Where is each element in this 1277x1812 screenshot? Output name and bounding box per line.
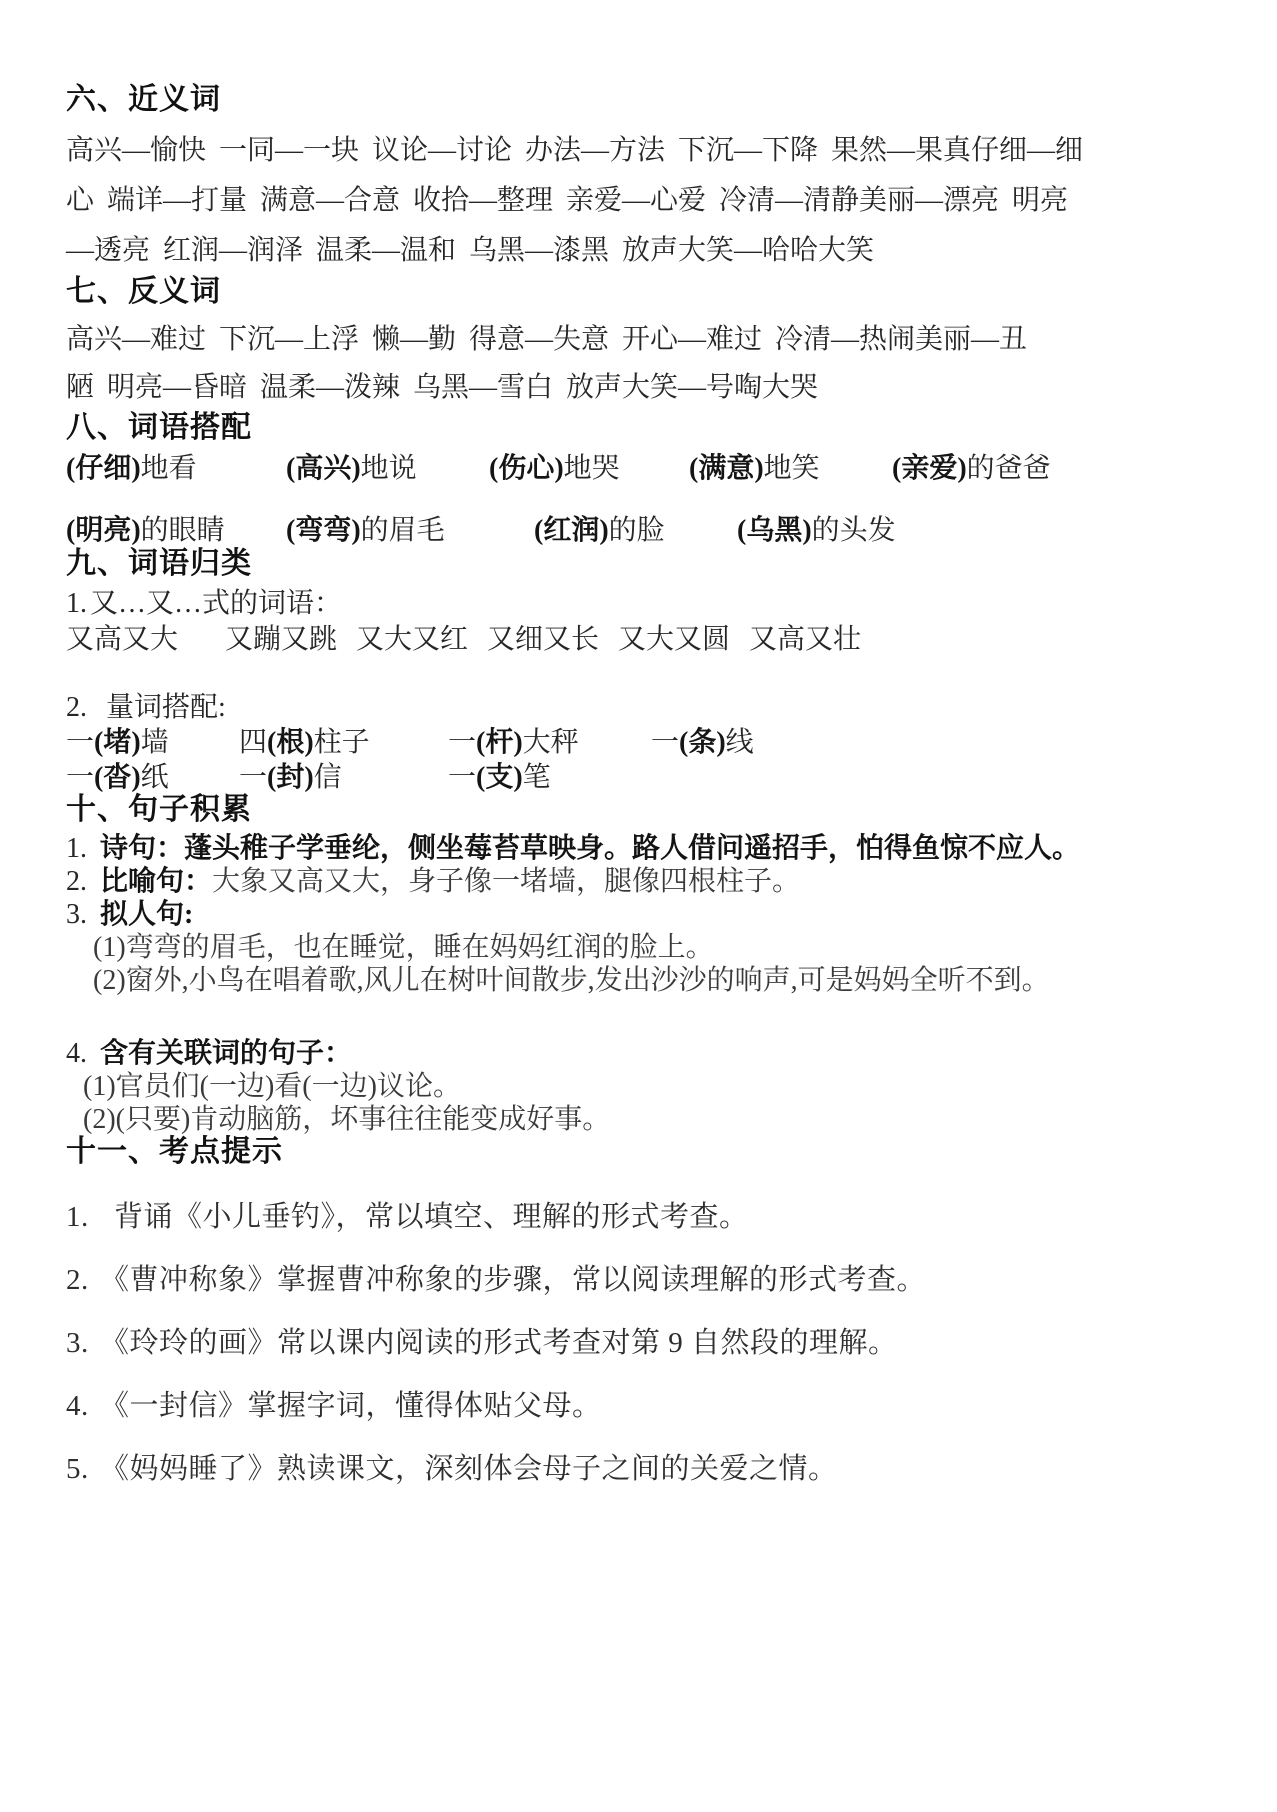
collocation-tail: 的头发 <box>812 515 896 546</box>
collocation-tail: 的爸爸 <box>967 453 1051 484</box>
quantifier-tail: 线 <box>726 727 754 758</box>
quantifier-word: (沓) <box>94 762 141 793</box>
categorize-sub1-words: 又高又大 又蹦又跳 又大又红 又细又长 又大又圆 又高又壮 <box>66 623 1227 656</box>
collocation-word: (满意) <box>689 453 764 484</box>
quantifier-tail: 柱子 <box>314 727 370 758</box>
quantifier-row: 一(堵)墙 四(根)柱子 一(杆)大秤 一(条)线 <box>66 726 1227 759</box>
exam-item-number: 4. <box>66 1389 100 1423</box>
sentence-item: 1. 诗句： 蓬头稚子学垂纶，侧坐莓苔草映身。路人借问遥招手，怕得鱼惊不应人。 <box>66 832 1227 865</box>
quantifier-tail: 大秤 <box>523 727 579 758</box>
quantifier-word: (条) <box>679 727 726 758</box>
item-number: 2. <box>66 692 106 724</box>
collocation-pair: (满意)地笑 <box>689 452 885 486</box>
exam-item: 3. 《玲玲的画》常以课内阅读的形式考查对第 9 自然段的理解。 <box>66 1326 1227 1360</box>
item-number: 2. <box>66 865 100 898</box>
exam-list: 1. 背诵《小儿垂钓》，常以填空、理解的形式考查。 2. 《曹冲称象》掌握曹冲称… <box>66 1200 1227 1486</box>
collocation-pair: (伤心)地哭 <box>489 452 682 486</box>
collocation-pair: (高兴)地说 <box>286 452 482 486</box>
quantifier-pair: 一(支)笔 <box>448 761 551 794</box>
section-title-sentences: 十、句子积累 <box>66 794 1227 826</box>
sub-sentence: (2)(只要)肯动脑筋，坏事往往能变成好事。 <box>66 1103 1227 1136</box>
item-number: 4. <box>66 1037 100 1070</box>
quantifier-word: (堵) <box>94 727 141 758</box>
section-title-categorize: 九、词语归类 <box>66 548 1227 580</box>
exam-item: 5. 《妈妈睡了》熟读课文，深刻体会母子之间的关爱之情。 <box>66 1452 1227 1486</box>
quantifier-pair: 一(条)线 <box>651 726 754 759</box>
exam-item-text: 《曹冲称象》掌握曹冲称象的步骤，常以阅读理解的形式考查。 <box>100 1263 926 1297</box>
quantifier-pre: 一 <box>66 762 94 793</box>
collocation-row: (明亮)的眼睛 (弯弯)的眉毛 (红润)的脸 (乌黑)的头发 <box>66 514 1227 548</box>
section-title-antonyms: 七、反义词 <box>66 276 1227 308</box>
collocation-tail: 的眉毛 <box>361 515 445 546</box>
sub-sentence: (2)窗外,小鸟在唱着歌,风儿在树叶间散步,发出沙沙的响声,可是妈妈全听不到。 <box>66 964 1227 997</box>
quantifier-pre: 一 <box>448 727 476 758</box>
quantifier-row: 一(沓)纸 一(封)信 一(支)笔 <box>66 761 1227 794</box>
exam-item-text: 《玲玲的画》常以课内阅读的形式考查对第 9 自然段的理解。 <box>100 1326 898 1360</box>
exam-item-text: 《妈妈睡了》熟读课文，深刻体会母子之间的关爱之情。 <box>100 1452 838 1486</box>
quantifier-word: (杆) <box>476 727 523 758</box>
item-content: 蓬头稚子学垂纶，侧坐莓苔草映身。路人借问遥招手，怕得鱼惊不应人。 <box>184 832 1080 865</box>
quantifier-word: (支) <box>476 762 523 793</box>
collocation-word: (红润) <box>534 515 609 546</box>
quantifier-word: (根) <box>267 727 314 758</box>
sentence-item: 4. 含有关联词的句子： <box>66 1037 1227 1070</box>
exam-item-number: 5. <box>66 1452 100 1486</box>
collocation-row: (仔细)地看 (高兴)地说 (伤心)地哭 (满意)地笑 (亲爱)的爸爸 <box>66 452 1227 486</box>
item-number: 1. <box>66 832 100 865</box>
collocation-pair: (仔细)地看 <box>66 452 279 486</box>
quantifier-pre: 四 <box>239 727 267 758</box>
exam-item: 1. 背诵《小儿垂钓》，常以填空、理解的形式考查。 <box>66 1200 1227 1234</box>
quantifier-tail: 笔 <box>523 762 551 793</box>
collocation-pair: (亲爱)的爸爸 <box>892 452 1051 486</box>
synonyms-paragraph: 高兴—愉快 一同—一块 议论—讨论 办法—方法 下沉—下降 果然—果真仔细—细 … <box>66 126 1227 276</box>
exam-item: 2. 《曹冲称象》掌握曹冲称象的步骤，常以阅读理解的形式考查。 <box>66 1263 1227 1297</box>
sub-sentence: (1)官员们(一边)看(一边)议论。 <box>66 1070 1227 1103</box>
collocation-pair: (乌黑)的头发 <box>737 514 896 548</box>
quantifier-tail: 信 <box>314 762 342 793</box>
categorize-sub2-label: 量词搭配: <box>106 692 226 724</box>
quantifier-pre: 一 <box>66 727 94 758</box>
item-number: 3. <box>66 898 100 931</box>
exam-item-text: 《一封信》掌握字词，懂得体贴父母。 <box>100 1389 602 1423</box>
item-number: 1. <box>66 588 90 620</box>
quantifier-pair: 一(堵)墙 <box>66 726 232 759</box>
collocation-word: (亲爱) <box>892 453 967 484</box>
quantifier-pre: 一 <box>239 762 267 793</box>
quantifier-tail: 纸 <box>141 762 169 793</box>
collocation-tail: 地看 <box>141 453 197 484</box>
categorize-sub2-label-line: 2. 量词搭配: <box>66 692 1227 724</box>
collocation-word: (高兴) <box>286 453 361 484</box>
exam-item-number: 1. <box>66 1200 100 1234</box>
collocation-word: (弯弯) <box>286 515 361 546</box>
synonyms-line: —透亮 红润—润泽 温柔—温和 乌黑—漆黑 放声大笑—哈哈大笑 <box>66 226 1227 276</box>
categorize-sub1-label-line: 1. 又…又…式的词语： <box>66 588 1227 620</box>
collocation-pair: (弯弯)的眉毛 <box>286 514 527 548</box>
categorize-sub1-label: 又…又…式的词语： <box>90 588 342 620</box>
collocation-word: (仔细) <box>66 453 141 484</box>
quantifier-word: (封) <box>267 762 314 793</box>
quantifier-pair: 一(杆)大秤 <box>448 726 644 759</box>
synonyms-line: 心 端详—打量 满意—合意 收拾—整理 亲爱—心爱 冷清—清静美丽—漂亮 明亮 <box>66 176 1227 226</box>
sub-sentence: (1)弯弯的眉毛，也在睡觉，睡在妈妈红润的脸上。 <box>66 931 1227 964</box>
exam-item: 4. 《一封信》掌握字词，懂得体贴父母。 <box>66 1389 1227 1423</box>
exam-item-text: 背诵《小儿垂钓》，常以填空、理解的形式考查。 <box>100 1200 749 1234</box>
item-content: 大象又高又大，身子像一堵墙，腿像四根柱子。 <box>212 865 800 898</box>
antonyms-paragraph: 高兴—难过 下沉—上浮 懒—勤 得意—失意 开心—难过 冷清—热闹美丽—丑 陋 … <box>66 316 1227 412</box>
exam-item-number: 2. <box>66 1263 100 1297</box>
section-title-exam: 十一、考点提示 <box>66 1136 1227 1168</box>
item-label: 含有关联词的句子： <box>100 1037 352 1070</box>
sentence-item: 2. 比喻句： 大象又高又大，身子像一堵墙，腿像四根柱子。 <box>66 865 1227 898</box>
quantifier-pair: 一(封)信 <box>239 761 441 794</box>
collocation-word: (乌黑) <box>737 515 812 546</box>
collocation-tail: 地笑 <box>764 453 820 484</box>
quantifier-pre: 一 <box>448 762 476 793</box>
collocation-pair: (红润)的脸 <box>534 514 730 548</box>
quantifier-tail: 墙 <box>141 727 169 758</box>
item-label: 诗句： <box>100 832 184 865</box>
sentence-list: 1. 诗句： 蓬头稚子学垂纶，侧坐莓苔草映身。路人借问遥招手，怕得鱼惊不应人。 … <box>66 832 1227 1136</box>
collocation-word: (明亮) <box>66 515 141 546</box>
antonyms-line: 高兴—难过 下沉—上浮 懒—勤 得意—失意 开心—难过 冷清—热闹美丽—丑 <box>66 316 1227 364</box>
item-label: 比喻句： <box>100 865 212 898</box>
collocation-tail: 的脸 <box>609 515 665 546</box>
collocation-tail: 地说 <box>361 453 417 484</box>
quantifier-pre: 一 <box>651 727 679 758</box>
collocation-pair: (明亮)的眼睛 <box>66 514 279 548</box>
collocation-tail: 的眼睛 <box>141 515 225 546</box>
collocation-word: (伤心) <box>489 453 564 484</box>
quantifier-pair: 一(沓)纸 <box>66 761 232 794</box>
section-title-synonyms: 六、近义词 <box>66 84 1227 116</box>
collocation-tail: 地哭 <box>564 453 620 484</box>
section-title-collocation: 八、词语搭配 <box>66 412 1227 444</box>
antonyms-line: 陋 明亮—昏暗 温柔—泼辣 乌黑—雪白 放声大笑—号啕大哭 <box>66 364 1227 412</box>
synonyms-line: 高兴—愉快 一同—一块 议论—讨论 办法—方法 下沉—下降 果然—果真仔细—细 <box>66 126 1227 176</box>
exam-item-number: 3. <box>66 1326 100 1360</box>
quantifier-pair: 四(根)柱子 <box>239 726 441 759</box>
sentence-item: 3. 拟人句: <box>66 898 1227 931</box>
item-label: 拟人句: <box>100 898 193 931</box>
document-page: 六、近义词 高兴—愉快 一同—一块 议论—讨论 办法—方法 下沉—下降 果然—果… <box>0 0 1277 1812</box>
